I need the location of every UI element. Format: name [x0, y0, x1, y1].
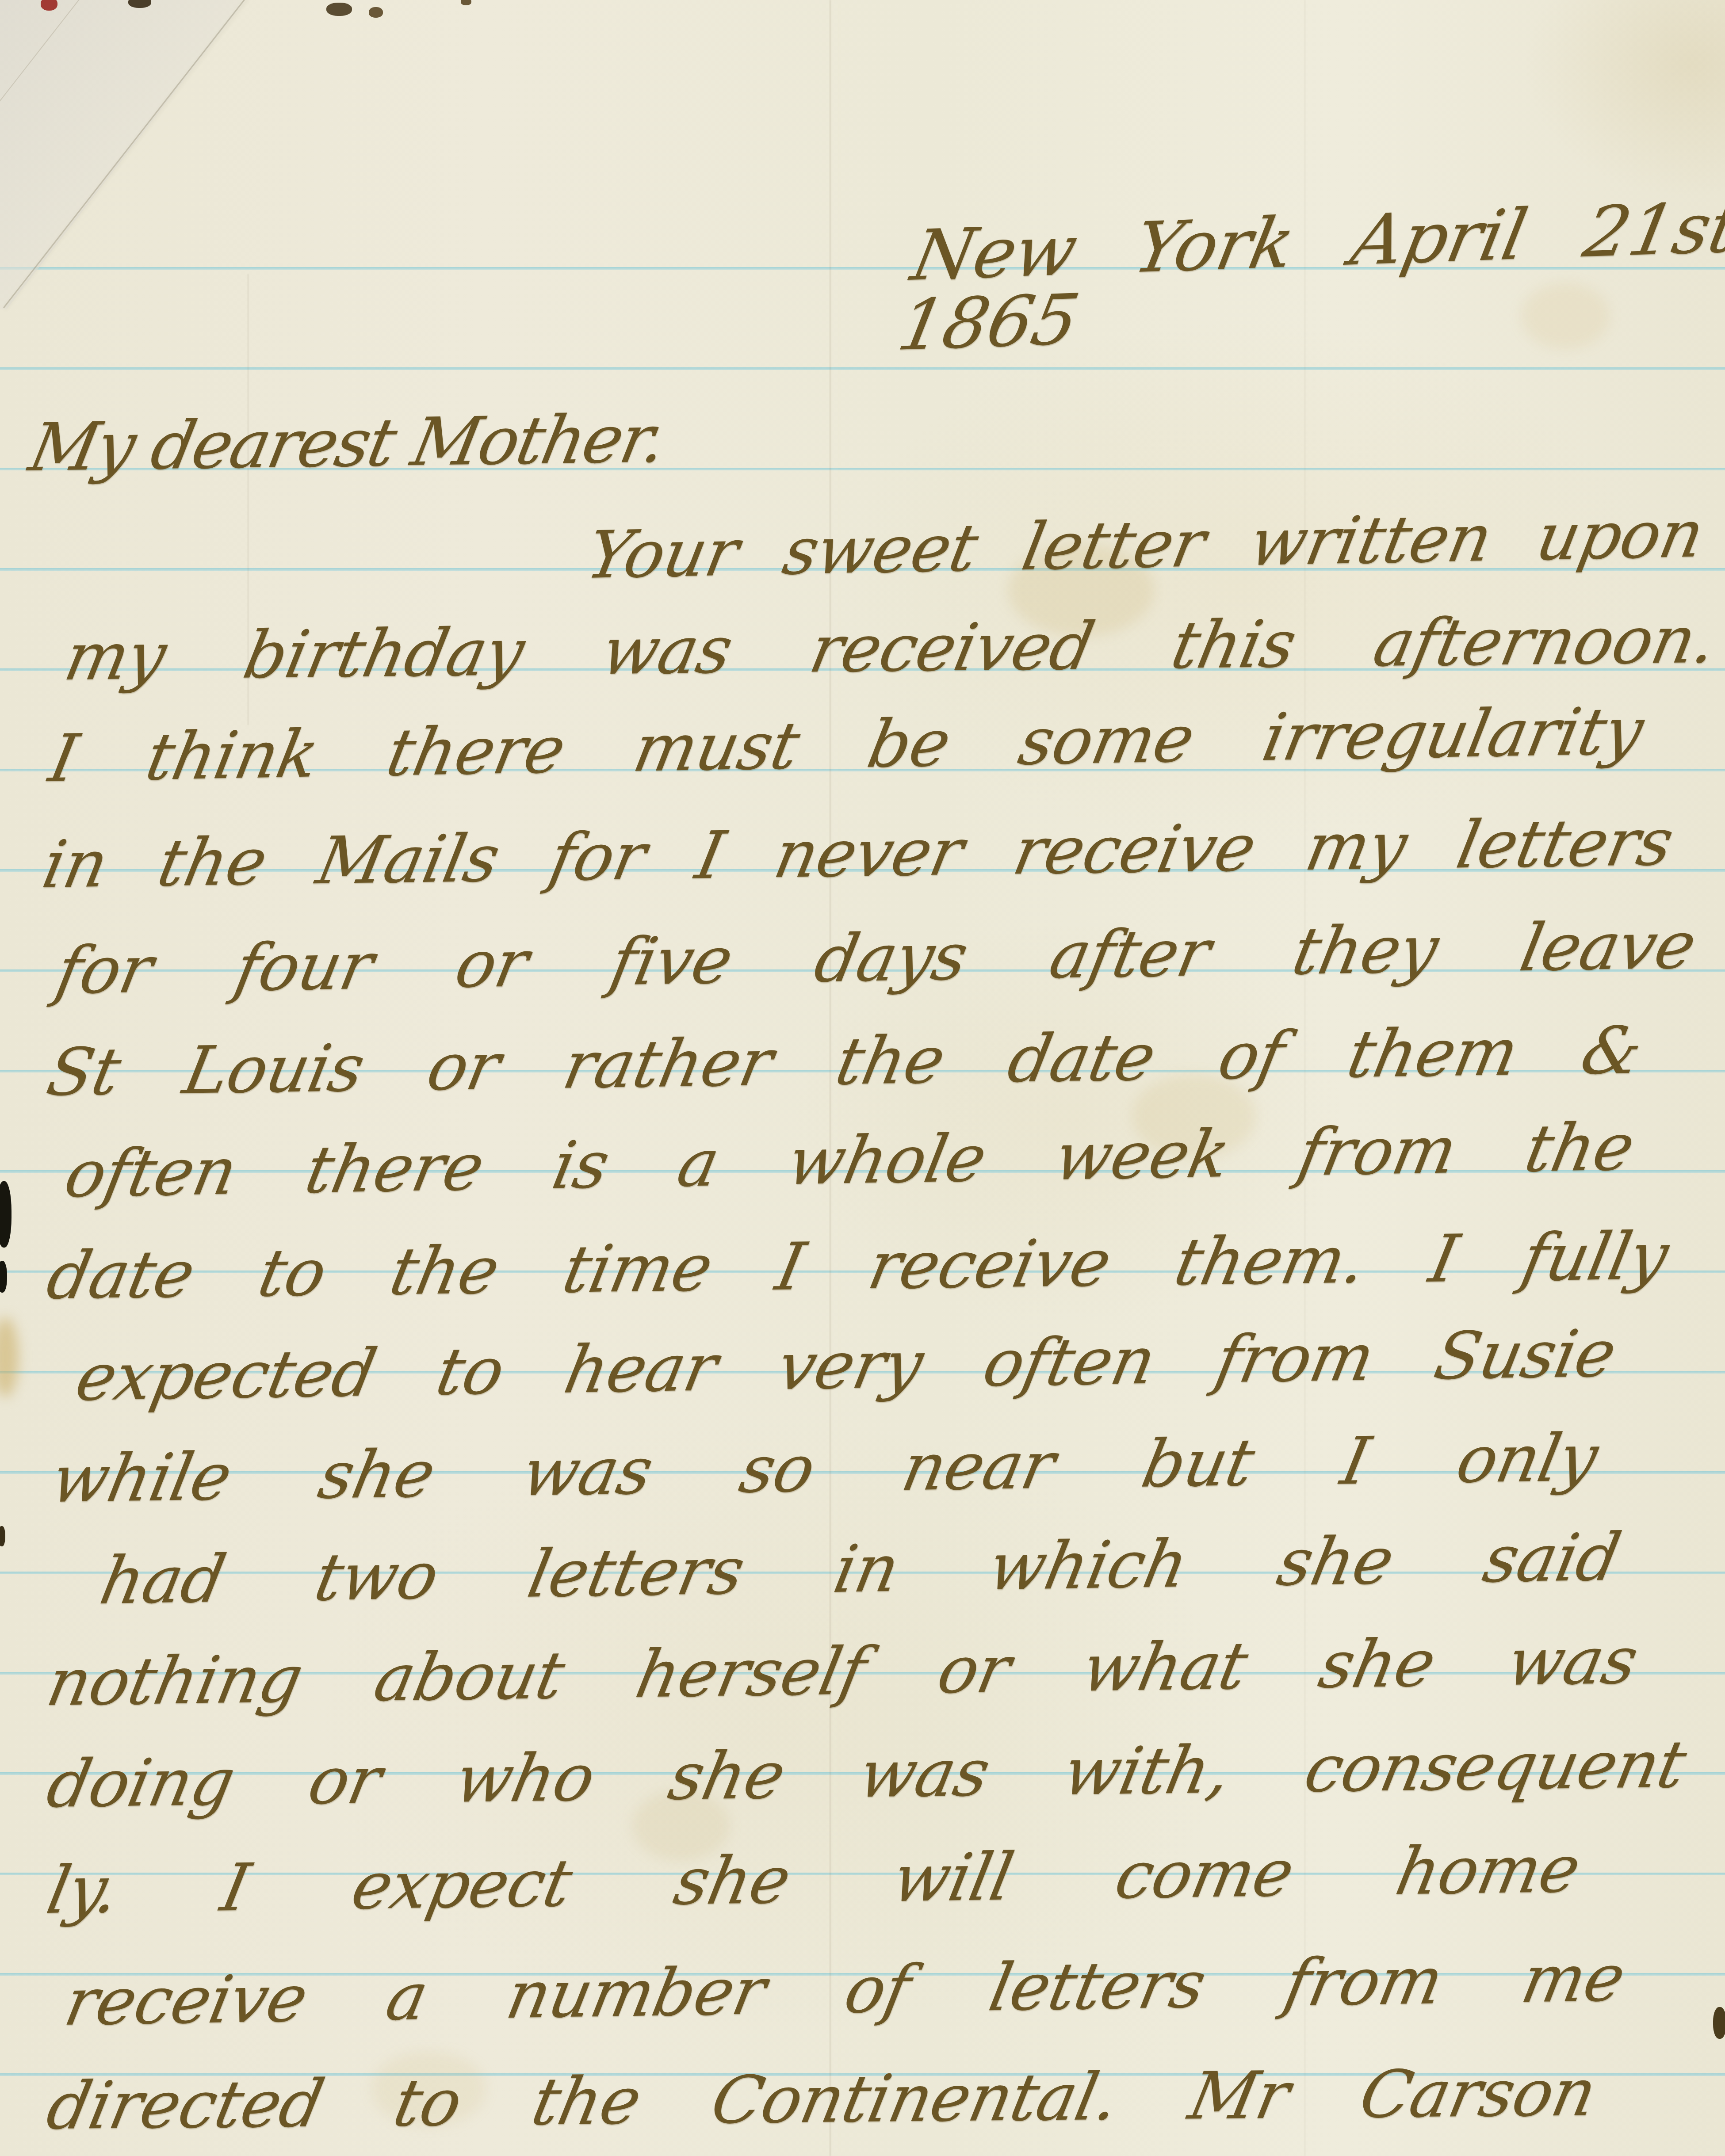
letter-body-line: doing or who she was with, consequent — [42, 1732, 1691, 1817]
letter-body-line: directed to the Continental. Mr Carson — [42, 2060, 1602, 2139]
ink-mark-right-edge — [1713, 2007, 1725, 2039]
dark-edge-mark — [369, 7, 383, 18]
dark-edge-mark — [326, 3, 352, 16]
letter-body-line: ly. I expect she will come home — [42, 1836, 1585, 1923]
salutation: My dearest Mother. — [24, 406, 670, 481]
red-edge-mark — [41, 0, 57, 11]
letter-body-line: my birthday was received this afternoon. — [60, 607, 1721, 690]
ink-blob-left-edge — [0, 1181, 11, 1248]
letter-body-line: date to the time I receive them. I fully — [42, 1223, 1673, 1309]
letter-scan: { "letter": { "dateline": "New York Apri… — [0, 0, 1725, 2156]
dateline: New York April 21st 1865 — [893, 193, 1725, 361]
